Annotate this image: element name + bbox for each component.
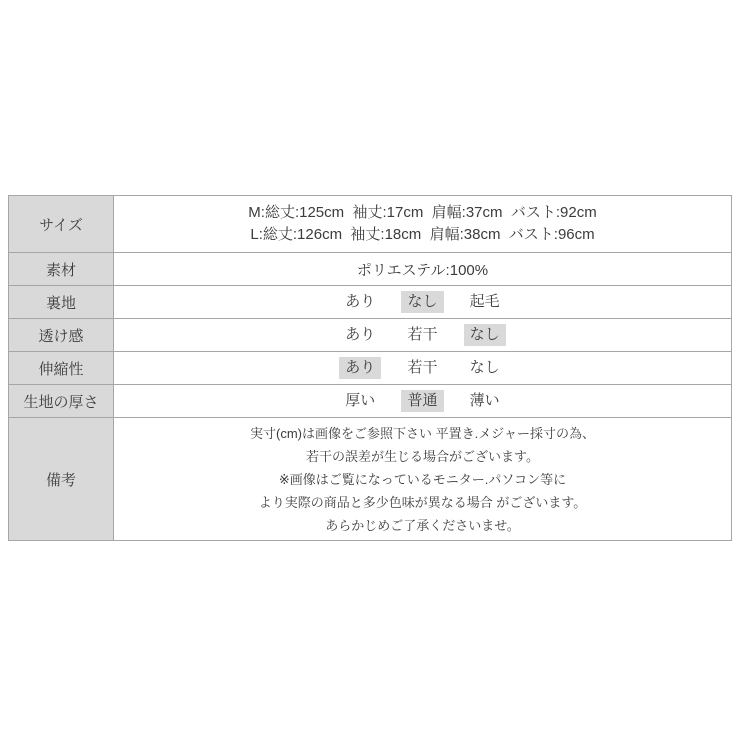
remarks-line-1: 実寸(cm)は画像をご参照下さい 平置き.メジャー採寸の為、 — [114, 422, 731, 445]
table-row-remarks: 備考 実寸(cm)は画像をご参照下さい 平置き.メジャー採寸の為、 若干の誤差が… — [9, 418, 732, 541]
row-header-remarks: 備考 — [9, 418, 114, 541]
option-stretch-ari: あり — [339, 357, 381, 379]
row-header-stretch: 伸縮性 — [9, 352, 114, 385]
option-stretch-nashi: なし — [464, 357, 506, 379]
sheerness-options-cell: あり 若干 なし — [114, 319, 732, 352]
size-line-m: M:総丈:125cm 袖丈:17cm 肩幅:37cm バスト:92cm — [114, 202, 731, 224]
table-row-size: サイズ M:総丈:125cm 袖丈:17cm 肩幅:37cm バスト:92cm … — [9, 196, 732, 253]
option-lining-kimo: 起毛 — [464, 291, 506, 313]
table-row-stretch: 伸縮性 あり 若干 なし — [9, 352, 732, 385]
stretch-options-cell: あり 若干 なし — [114, 352, 732, 385]
material-value: ポリエステル:100% — [114, 253, 732, 286]
thickness-options-cell: 厚い 普通 薄い — [114, 385, 732, 418]
row-header-thickness: 生地の厚さ — [9, 385, 114, 418]
row-header-size: サイズ — [9, 196, 114, 253]
product-spec-page: サイズ M:総丈:125cm 袖丈:17cm 肩幅:37cm バスト:92cm … — [0, 0, 740, 740]
option-lining-nashi: なし — [401, 291, 443, 313]
option-thickness-futsuu: 普通 — [401, 390, 443, 412]
row-header-sheerness: 透け感 — [9, 319, 114, 352]
size-line-l: L:総丈:126cm 袖丈:18cm 肩幅:38cm バスト:96cm — [114, 224, 731, 246]
remarks-line-4: より実際の商品と多少色味が異なる場合 がございます。 — [114, 491, 731, 514]
remarks-line-3: ※画像はご覧になっているモニター.パソコン等に — [114, 468, 731, 491]
table-row-sheerness: 透け感 あり 若干 なし — [9, 319, 732, 352]
row-header-lining: 裏地 — [9, 286, 114, 319]
option-lining-ari: あり — [339, 291, 381, 313]
option-thickness-atsui: 厚い — [339, 390, 381, 412]
table-row-thickness: 生地の厚さ 厚い 普通 薄い — [9, 385, 732, 418]
row-header-material: 素材 — [9, 253, 114, 286]
option-sheerness-nashi: なし — [464, 324, 506, 346]
size-values-cell: M:総丈:125cm 袖丈:17cm 肩幅:37cm バスト:92cm L:総丈… — [114, 196, 732, 253]
table-row-lining: 裏地 あり なし 起毛 — [9, 286, 732, 319]
option-sheerness-ari: あり — [339, 324, 381, 346]
remarks-line-5: あらかじめご了承くださいませ。 — [114, 514, 731, 537]
spec-table: サイズ M:総丈:125cm 袖丈:17cm 肩幅:37cm バスト:92cm … — [8, 195, 732, 541]
option-thickness-usui: 薄い — [464, 390, 506, 412]
option-sheerness-jakkan: 若干 — [401, 324, 443, 346]
option-stretch-jakkan: 若干 — [401, 357, 443, 379]
table-row-material: 素材 ポリエステル:100% — [9, 253, 732, 286]
remarks-cell: 実寸(cm)は画像をご参照下さい 平置き.メジャー採寸の為、 若干の誤差が生じる… — [114, 418, 732, 541]
lining-options-cell: あり なし 起毛 — [114, 286, 732, 319]
remarks-line-2: 若干の誤差が生じる場合がございます。 — [114, 445, 731, 468]
